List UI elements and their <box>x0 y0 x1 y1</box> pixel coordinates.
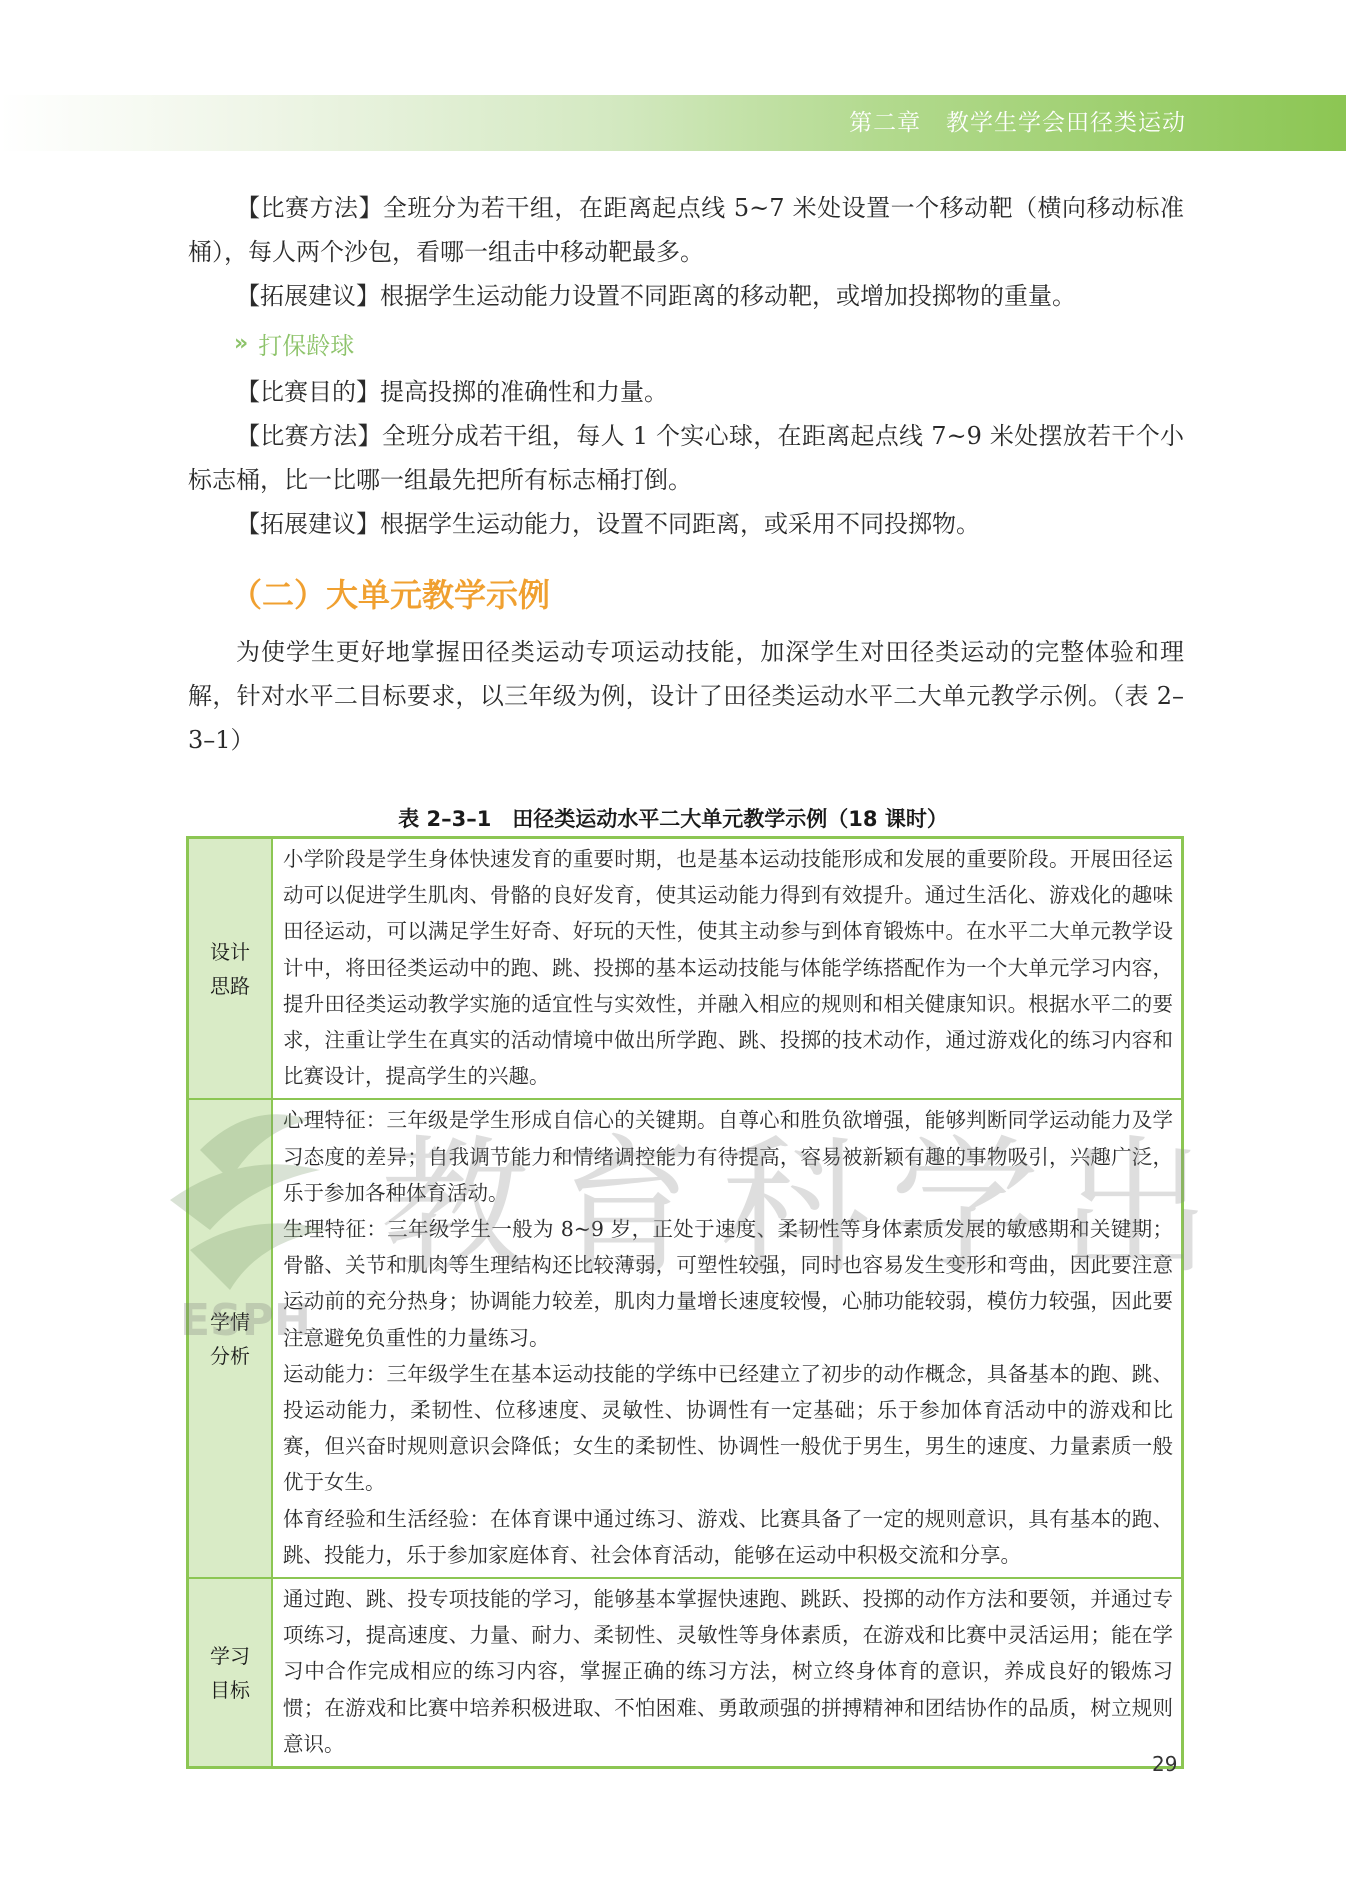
cell-paragraph: 体育经验和生活经验：在体育课中通过练习、游戏、比赛具备了一定的规则意识，具有基本… <box>283 1501 1173 1573</box>
unit-teaching-table: 设计思路 小学阶段是学生身体快速发育的重要时期，也是基本运动技能形成和发展的重要… <box>186 836 1184 1769</box>
intro-block: 【比赛方法】全班分为若干组，在距离起点线 5~7 米处设置一个移动靶（横向移动标… <box>188 186 1184 318</box>
cell-paragraph: 运动能力：三年级学生在基本运动技能的学练中已经建立了初步的动作概念，具备基本的跑… <box>283 1356 1173 1501</box>
subsection-title: 打保龄球 <box>258 326 354 361</box>
cell-paragraph: 生理特征：三年级学生一般为 8~9 岁，正处于速度、柔韧性等身体素质发展的敏感期… <box>283 1211 1173 1356</box>
cell-paragraph: 小学阶段是学生身体快速发育的重要时期，也是基本运动技能形成和发展的重要阶段。开展… <box>283 841 1173 1094</box>
row-label: 学情分析 <box>188 1099 273 1578</box>
cell-paragraph: 通过跑、跳、投专项技能的学习，能够基本掌握快速跑、跳跃、投掷的动作方法和要领，并… <box>283 1581 1173 1762</box>
table-row-objectives: 学习目标 通过跑、跳、投专项技能的学习，能够基本掌握快速跑、跳跃、投掷的动作方法… <box>188 1578 1183 1768</box>
chapter-header-title: 第二章 教学生学会田径类运动 <box>849 104 1186 137</box>
section-intro: 为使学生更好地掌握田径类运动专项运动技能，加深学生对田径类运动的完整体验和理解，… <box>188 630 1184 762</box>
cell-paragraph: 心理特征：三年级是学生形成自信心的关键期。自尊心和胜负欲增强，能够判断同学运动能… <box>283 1102 1173 1211</box>
table-row-design: 设计思路 小学阶段是学生身体快速发育的重要时期，也是基本运动技能形成和发展的重要… <box>188 838 1183 1100</box>
page-number: 29 <box>1152 1752 1177 1776</box>
section-paragraph: 为使学生更好地掌握田径类运动专项运动技能，加深学生对田径类运动的完整体验和理解，… <box>188 630 1184 762</box>
paragraph-extension-advice: 【拓展建议】根据学生运动能力设置不同距离的移动靶，或增加投掷物的重量。 <box>188 274 1184 318</box>
chapter-number: 第二章 <box>849 110 921 136</box>
section-title: （二）大单元教学示例 <box>230 570 550 616</box>
row-content: 小学阶段是学生身体快速发育的重要时期，也是基本运动技能形成和发展的重要阶段。开展… <box>272 838 1183 1100</box>
paragraph-extension-advice: 【拓展建议】根据学生运动能力，设置不同距离，或采用不同投掷物。 <box>188 502 1184 546</box>
chapter-title: 教学生学会田径类运动 <box>946 110 1186 136</box>
row-label: 设计思路 <box>188 838 273 1100</box>
double-chevron-icon: » <box>234 331 244 356</box>
paragraph-competition-method: 【比赛方法】全班分成若干组，每人 1 个实心球，在距离起点线 7~9 米处摆放若… <box>188 414 1184 502</box>
paragraph-competition-goal: 【比赛目的】提高投掷的准确性和力量。 <box>188 370 1184 414</box>
subsection-block: 【比赛目的】提高投掷的准确性和力量。 【比赛方法】全班分成若干组，每人 1 个实… <box>188 370 1184 546</box>
table-row-analysis: 学情分析 心理特征：三年级是学生形成自信心的关键期。自尊心和胜负欲增强，能够判断… <box>188 1099 1183 1578</box>
row-content: 心理特征：三年级是学生形成自信心的关键期。自尊心和胜负欲增强，能够判断同学运动能… <box>272 1099 1183 1578</box>
row-content: 通过跑、跳、投专项技能的学习，能够基本掌握快速跑、跳跃、投掷的动作方法和要领，并… <box>272 1578 1183 1768</box>
paragraph-competition-method: 【比赛方法】全班分为若干组，在距离起点线 5~7 米处设置一个移动靶（横向移动标… <box>188 186 1184 274</box>
row-label: 学习目标 <box>188 1578 273 1768</box>
subsection-heading: » 打保龄球 <box>234 326 354 361</box>
table-caption: 表 2–3–1 田径类运动水平二大单元教学示例（18 课时） <box>0 803 1346 833</box>
